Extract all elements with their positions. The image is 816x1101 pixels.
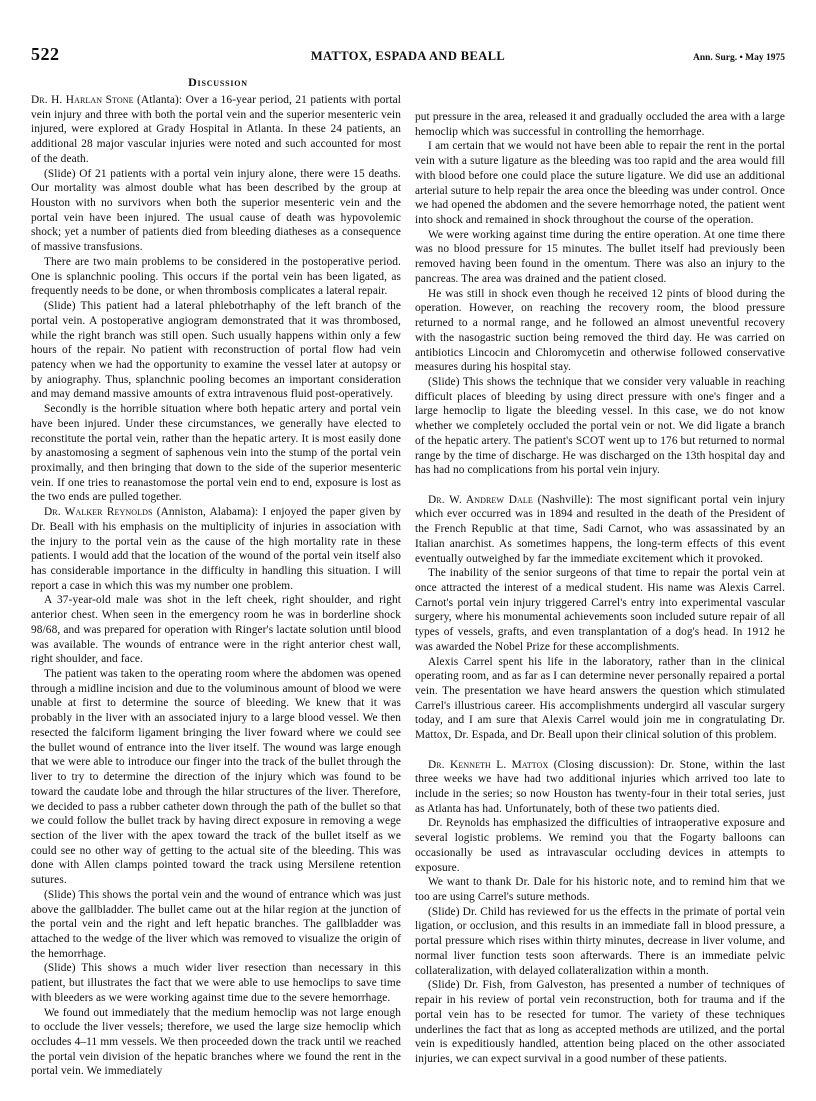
paragraph-text: The inability of the senior surgeons of … [415,567,785,653]
section-heading-discussion: Discussion [31,75,405,90]
speaker-name: Dr. W. Andrew Dale [428,494,533,506]
paragraph-text: There are two main problems to be consid… [31,256,401,297]
paragraph: (Slide) Dr. Child has reviewed for us th… [415,905,785,979]
running-title: MATTOX, ESPADA AND BEALL [151,49,665,64]
paragraph: (Slide) This shows a much wider liver re… [31,961,401,1005]
paragraph-text: (Anniston, Alabama): I enjoyed the paper… [31,506,401,592]
paragraph-text: (Slide) This patient had a lateral phleb… [31,300,401,400]
paragraph: The inability of the senior surgeons of … [415,566,785,654]
paragraph: I am certain that we would not have been… [415,139,785,227]
paragraph-text: (Slide) This shows a much wider liver re… [31,962,401,1003]
paragraph-text: The patient was taken to the operating r… [31,668,401,886]
paragraph: Alexis Carrel spent his life in the labo… [415,655,785,743]
paragraph: (Slide) This shows the technique that we… [415,375,785,478]
paragraph-text: We want to thank Dr. Dale for his histor… [415,876,785,903]
paragraph-text: (Slide) This shows the technique that we… [415,376,785,476]
paragraph: He was still in shock even though he rec… [415,287,785,375]
paragraph-text: I am certain that we would not have been… [415,140,785,226]
paragraph-text: Secondly is the horrible situation where… [31,403,401,503]
paragraph: We want to thank Dr. Dale for his histor… [415,875,785,904]
paragraph: We found out immediately that the medium… [31,1006,401,1080]
paragraph-text: (Slide) This shows the portal vein and t… [31,889,401,960]
speaker-name: Dr. Walker Reynolds [44,506,153,518]
page-header: 522 MATTOX, ESPADA AND BEALL Ann. Surg. … [31,44,785,65]
right-column: put pressure in the area, released it an… [415,93,785,1079]
paragraph: put pressure in the area, released it an… [415,110,785,139]
two-column-body: Dr. H. Harlan Stone (Atlanta): Over a 16… [31,93,785,1079]
paragraph: (Slide) This patient had a lateral phleb… [31,299,401,402]
journal-citation: Ann. Surg. • May 1975 [665,53,785,63]
paragraph-text: He was still in shock even though he rec… [415,288,785,374]
paragraph: Dr. Kenneth L. Mattox (Closing discussio… [415,758,785,817]
paragraph-text: Dr. Reynolds has emphasized the difficul… [415,817,785,873]
paragraph-text: (Slide) Dr. Fish, from Galveston, has pr… [415,979,785,1065]
paragraph: Dr. Walker Reynolds (Anniston, Alabama):… [31,505,401,593]
left-column: Dr. H. Harlan Stone (Atlanta): Over a 16… [31,93,401,1079]
paragraph: We were working against time during the … [415,228,785,287]
journal-page: 522 MATTOX, ESPADA AND BEALL Ann. Surg. … [0,0,816,1101]
paragraph-text: We found out immediately that the medium… [31,1007,401,1078]
paragraph: Dr. Reynolds has emphasized the difficul… [415,816,785,875]
speaker-name: Dr. H. Harlan Stone [31,94,134,106]
paragraph: Dr. W. Andrew Dale (Nashville): The most… [415,493,785,567]
paragraph-text: (Slide) Of 21 patients with a portal vei… [31,168,401,254]
paragraph-text: Alexis Carrel spent his life in the labo… [415,656,785,742]
paragraph: (Slide) Of 21 patients with a portal vei… [31,167,401,255]
paragraph: (Slide) This shows the portal vein and t… [31,888,401,962]
paragraph-text: We were working against time during the … [415,229,785,285]
paragraph-text: A 37-year-old male was shot in the left … [31,594,401,665]
paragraph: There are two main problems to be consid… [31,255,401,299]
page-number: 522 [31,44,151,65]
speaker-name: Dr. Kenneth L. Mattox [428,759,548,771]
paragraph-text: put pressure in the area, released it an… [415,111,785,138]
paragraph-text: (Slide) Dr. Child has reviewed for us th… [415,906,785,977]
paragraph: (Slide) Dr. Fish, from Galveston, has pr… [415,978,785,1066]
paragraph: A 37-year-old male was shot in the left … [31,593,401,667]
paragraph: The patient was taken to the operating r… [31,667,401,888]
paragraph: Secondly is the horrible situation where… [31,402,401,505]
paragraph: Dr. H. Harlan Stone (Atlanta): Over a 16… [31,93,401,167]
